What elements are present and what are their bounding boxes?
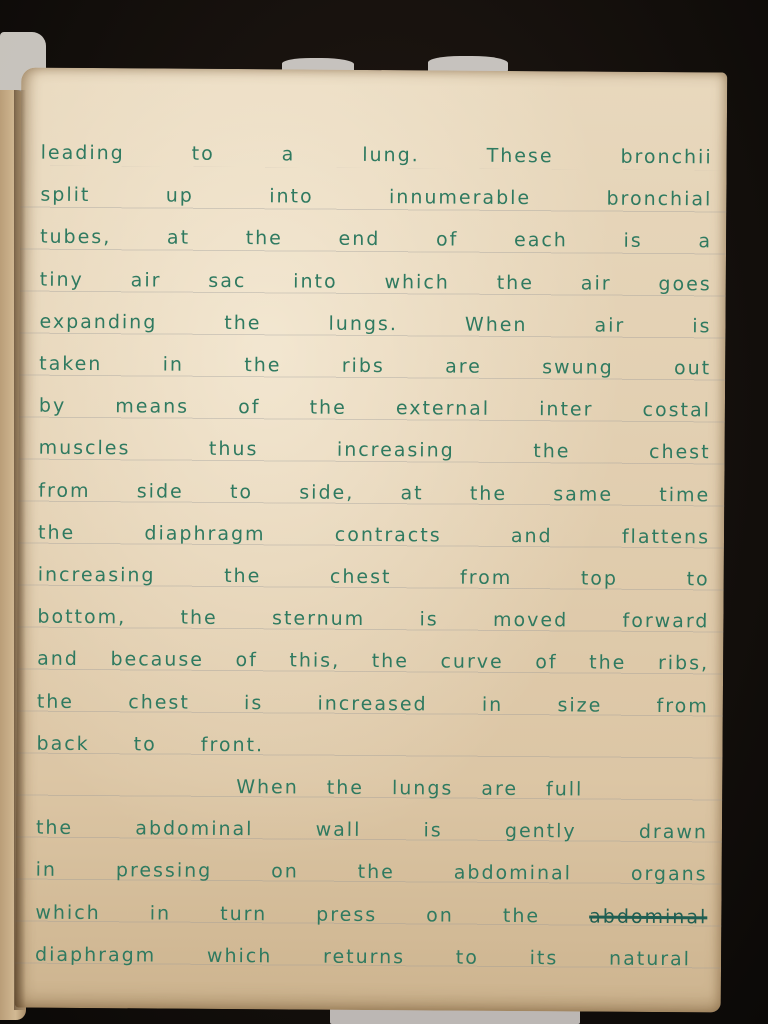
text-line: splitupintoinnumerablebronchial xyxy=(40,166,712,211)
handwritten-word: external xyxy=(396,397,490,420)
text-line: andbecauseofthis,thecurveoftheribs, xyxy=(37,630,709,675)
handwritten-word: size xyxy=(557,694,602,716)
handwritten-word: on xyxy=(426,904,454,926)
handwritten-word: the xyxy=(244,354,281,376)
handwritten-word: lungs. xyxy=(328,312,398,334)
handwritten-word: is xyxy=(692,315,711,337)
text-line: expandingthelungs.Whenairis xyxy=(39,292,711,337)
handwritten-word: air xyxy=(581,272,612,294)
text-line: leadingtoalung.Thesebronchii xyxy=(41,124,713,169)
handwritten-word: inter xyxy=(539,398,593,420)
handwritten-word: at xyxy=(400,482,423,504)
handwritten-word: the xyxy=(497,271,534,293)
handwritten-word: pressing xyxy=(116,860,212,883)
handwritten-word: the xyxy=(533,441,570,463)
handwritten-word: lung. xyxy=(362,144,420,166)
handwritten-word: is xyxy=(423,820,442,842)
handwritten-word: is xyxy=(419,609,438,631)
handwritten-word: to xyxy=(687,568,710,590)
handwritten-word: expanding xyxy=(39,310,157,333)
handwritten-word: top xyxy=(581,567,618,589)
handwritten-word: because xyxy=(110,649,204,672)
handwritten-word: each xyxy=(514,229,568,251)
handwritten-word: end xyxy=(339,228,381,250)
handwritten-word: by xyxy=(39,395,66,417)
handwritten-word: flattens xyxy=(622,526,710,549)
handwritten-word: from xyxy=(38,479,90,501)
handwritten-word: the xyxy=(310,397,347,419)
handwritten-word: These xyxy=(487,145,554,167)
handwritten-word: at xyxy=(167,227,190,249)
handwritten-word: chest xyxy=(330,566,392,588)
handwritten-word: the xyxy=(372,650,409,672)
handwritten-word: which xyxy=(35,901,101,923)
handwritten-word: diaphragm xyxy=(144,522,265,545)
handwritten-word: lungs xyxy=(392,777,453,799)
handwritten-word: its xyxy=(530,947,559,969)
spine-shadow xyxy=(14,90,26,1010)
handwritten-text: leadingtoalung.Thesebronchiisplitupintoi… xyxy=(15,68,728,1013)
handwritten-word: the xyxy=(180,607,217,629)
handwritten-word: wall xyxy=(316,819,362,841)
handwritten-word: in xyxy=(482,693,503,715)
handwritten-word: abdominal xyxy=(135,818,253,841)
text-line: thediaphragmcontractsandflattens xyxy=(38,503,710,548)
handwritten-word: bronchii xyxy=(620,146,712,169)
text-line: Whenthelungsarefull xyxy=(36,757,708,802)
handwritten-word: which xyxy=(384,271,450,293)
handwritten-word: When xyxy=(236,776,299,798)
handwritten-word: swung xyxy=(542,356,614,378)
handwritten-word: When xyxy=(465,313,528,335)
handwritten-word: to xyxy=(134,733,157,755)
handwritten-word: same xyxy=(553,483,613,505)
handwritten-word: are xyxy=(445,356,482,378)
handwritten-word: of xyxy=(235,649,257,671)
text-line: tubes,attheendofeachisa xyxy=(40,208,712,253)
handwritten-word: chest xyxy=(649,441,711,463)
handwritten-word: of xyxy=(436,229,458,251)
handwritten-word: time xyxy=(659,484,710,506)
handwritten-word: in xyxy=(150,902,171,924)
handwritten-word: the xyxy=(36,817,73,839)
handwritten-word: into xyxy=(293,270,338,292)
handwritten-word: to xyxy=(192,143,215,165)
handwritten-word: is xyxy=(244,692,263,714)
handwritten-word: from xyxy=(657,695,709,717)
handwritten-word: and xyxy=(511,525,553,547)
handwritten-word: out xyxy=(674,357,711,379)
handwritten-word: goes xyxy=(658,273,711,295)
handwritten-word: the xyxy=(327,777,364,799)
text-line: diaphragmwhichreturnstoitsnatural xyxy=(35,925,691,970)
handwritten-word: back xyxy=(36,732,89,754)
handwritten-word: front. xyxy=(201,734,264,756)
text-line: thechestisincreasedinsizefrom xyxy=(37,672,709,717)
handwritten-word: are xyxy=(481,778,518,800)
handwritten-word: of xyxy=(535,652,557,674)
handwritten-word: is xyxy=(623,230,642,252)
handwritten-word: the xyxy=(503,905,540,927)
handwritten-word: drawn xyxy=(639,821,708,843)
handwritten-word: from xyxy=(460,567,512,589)
handwritten-word: on xyxy=(271,861,299,883)
handwritten-word: moved xyxy=(493,609,568,632)
handwritten-word: the xyxy=(246,228,283,250)
handwritten-word: increasing xyxy=(38,564,156,587)
handwritten-word: into xyxy=(269,185,314,207)
text-line: tinyairsacintowhichtheairgoes xyxy=(40,250,712,295)
handwritten-word: forward xyxy=(622,610,709,633)
handwritten-word: curve xyxy=(440,651,503,673)
text-line: increasingthechestfromtopto xyxy=(38,546,710,591)
handwritten-word: the xyxy=(37,690,74,712)
handwritten-word: taken xyxy=(39,353,102,375)
handwritten-word: natural xyxy=(609,947,691,970)
handwritten-word: thus xyxy=(209,438,259,460)
handwritten-word: side, xyxy=(299,481,354,503)
handwritten-word: tiny xyxy=(40,268,84,290)
handwritten-word: gently xyxy=(505,820,577,843)
handwritten-word: sac xyxy=(208,269,246,291)
handwritten-word: ribs xyxy=(342,355,385,377)
handwritten-word: up xyxy=(166,185,194,207)
text-line: musclesthusincreasingthechest xyxy=(39,419,711,464)
handwritten-word: the xyxy=(358,861,395,883)
handwritten-word: a xyxy=(282,143,296,165)
text-line: backtofront. xyxy=(36,714,708,759)
handwritten-word: air xyxy=(594,314,625,336)
handwritten-word: full xyxy=(546,778,583,800)
handwritten-word: means xyxy=(115,395,189,418)
handwritten-word: the xyxy=(470,482,507,504)
handwritten-word: costal xyxy=(642,399,710,421)
handwritten-word: ribs, xyxy=(658,652,709,674)
handwritten-word: of xyxy=(238,396,260,418)
handwritten-word: abdominal xyxy=(589,905,707,928)
handwritten-word: and xyxy=(37,648,79,670)
handwritten-word: returns xyxy=(323,945,405,968)
handwritten-word: a xyxy=(698,231,712,253)
handwritten-word: diaphragm xyxy=(35,943,156,966)
handwritten-word: the xyxy=(38,521,75,543)
handwritten-word: which xyxy=(207,945,273,967)
handwritten-word: air xyxy=(131,269,162,291)
text-line: theabdominalwallisgentlydrawn xyxy=(36,799,708,844)
handwritten-word: in xyxy=(36,859,57,881)
handwritten-word: to xyxy=(230,481,253,503)
handwritten-word: press xyxy=(316,903,377,925)
text-line: bottom,thesternumismovedforward xyxy=(37,588,709,633)
handwritten-word: sternum xyxy=(272,607,365,630)
text-line: whichinturnpressontheabdominal xyxy=(35,883,707,928)
handwritten-word: abdominal xyxy=(454,862,572,885)
handwritten-word: organs xyxy=(631,863,708,886)
handwritten-word: side xyxy=(137,480,184,502)
handwritten-word: bronchial xyxy=(606,188,712,211)
handwritten-word: increasing xyxy=(337,439,455,462)
handwritten-word: to xyxy=(456,946,479,968)
handwritten-word: split xyxy=(40,184,90,206)
text-line: takenintheribsareswungout xyxy=(39,335,711,380)
handwritten-word: the xyxy=(589,652,626,674)
handwritten-word: tubes, xyxy=(40,226,111,248)
notebook-page: leadingtoalung.Thesebronchiisplitupintoi… xyxy=(15,68,728,1013)
handwritten-word: contracts xyxy=(335,524,442,547)
handwritten-word: muscles xyxy=(39,437,131,460)
handwritten-word: increased xyxy=(317,692,427,715)
handwritten-word: bottom, xyxy=(37,606,126,629)
handwritten-word: chest xyxy=(128,691,190,713)
handwritten-word: the xyxy=(224,312,261,334)
text-line: inpressingontheabdominalorgans xyxy=(36,841,708,886)
handwritten-word: the xyxy=(224,565,261,587)
handwritten-word: innumerable xyxy=(389,186,531,209)
text-line: bymeansoftheexternalintercostal xyxy=(39,377,711,422)
text-line: fromsidetoside,atthesametime xyxy=(38,461,710,506)
handwritten-word: this, xyxy=(289,650,340,672)
handwritten-word: leading xyxy=(41,142,125,165)
handwritten-word: turn xyxy=(220,903,267,925)
handwritten-word: in xyxy=(163,354,184,376)
